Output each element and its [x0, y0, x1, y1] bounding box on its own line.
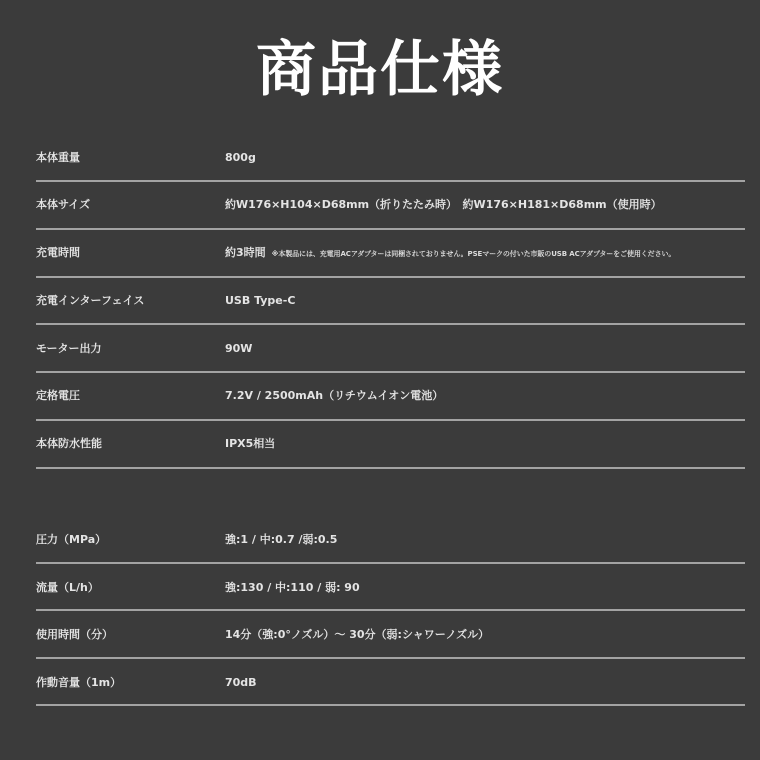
spec-row-charge-interface: 充電インターフェイス USB Type-C [36, 294, 745, 342]
spec-value: 70dB [225, 676, 257, 690]
spec-value: IPX5相当 [225, 437, 275, 451]
spec-value: 約3時間 [225, 246, 266, 259]
row-divider [36, 180, 745, 182]
spec-row-usage-time: 使用時間（分） 14分（強:0°ノズル）〜 30分（弱:シャワーノズル） [36, 628, 745, 676]
row-divider [36, 419, 745, 421]
spec-row-pressure: 圧力（MPa） 強:1 / 中:0.7 /弱:0.5 [36, 533, 745, 581]
row-divider [36, 228, 745, 230]
page-title: 商品仕様 [0, 30, 760, 110]
row-divider [36, 704, 745, 706]
spec-row-weight: 本体重量 800g [36, 151, 745, 199]
row-divider [36, 609, 745, 611]
spec-value-wrapper: 約3時間※本製品には、充電用ACアダプターは同梱されておりません。PSEマークの… [225, 246, 675, 261]
spec-label: 作動音量（1m） [36, 676, 121, 690]
row-divider [36, 467, 745, 469]
spec-row-charge-time: 充電時間 約3時間※本製品には、充電用ACアダプターは同梱されておりません。PS… [36, 246, 745, 294]
spec-value: 強:1 / 中:0.7 /弱:0.5 [225, 533, 337, 547]
spec-label: 本体防水性能 [36, 437, 102, 451]
row-divider [36, 371, 745, 373]
spec-row-rated-voltage: 定格電圧 7.2V / 2500mAh（リチウムイオン電池） [36, 389, 745, 437]
spec-label: 本体重量 [36, 151, 80, 165]
spec-value: USB Type-C [225, 294, 295, 308]
spec-value: 約W176×H104×D68mm（折りたたみ時） 約W176×H181×D68m… [225, 198, 662, 212]
spec-value: 14分（強:0°ノズル）〜 30分（弱:シャワーノズル） [225, 628, 489, 642]
spec-value: 強:130 / 中:110 / 弱: 90 [225, 581, 360, 595]
row-divider [36, 562, 745, 564]
spec-row-flow: 流量（L/h） 強:130 / 中:110 / 弱: 90 [36, 581, 745, 629]
spec-label: 流量（L/h） [36, 581, 99, 595]
spec-label: 使用時間（分） [36, 628, 113, 642]
spec-row-waterproof: 本体防水性能 IPX5相当 [36, 437, 745, 485]
spec-label: 充電時間 [36, 246, 80, 260]
spec-value: 7.2V / 2500mAh（リチウムイオン電池） [225, 389, 443, 403]
spec-note: ※本製品には、充電用ACアダプターは同梱されておりません。PSEマークの付いた市… [272, 250, 676, 258]
row-divider [36, 657, 745, 659]
spec-value: 90W [225, 342, 252, 356]
spec-value: 800g [225, 151, 256, 165]
spec-row-motor-output: モーター出力 90W [36, 342, 745, 390]
spec-label: 充電インターフェイス [36, 294, 144, 308]
spec-label: 圧力（MPa） [36, 533, 106, 547]
spec-label: モーター出力 [36, 342, 102, 356]
row-divider [36, 276, 745, 278]
spec-label: 本体サイズ [36, 198, 90, 212]
spec-label: 定格電圧 [36, 389, 80, 403]
spec-row-size: 本体サイズ 約W176×H104×D68mm（折りたたみ時） 約W176×H18… [36, 198, 745, 246]
row-divider [36, 323, 745, 325]
spec-row-noise: 作動音量（1m） 70dB [36, 676, 745, 724]
